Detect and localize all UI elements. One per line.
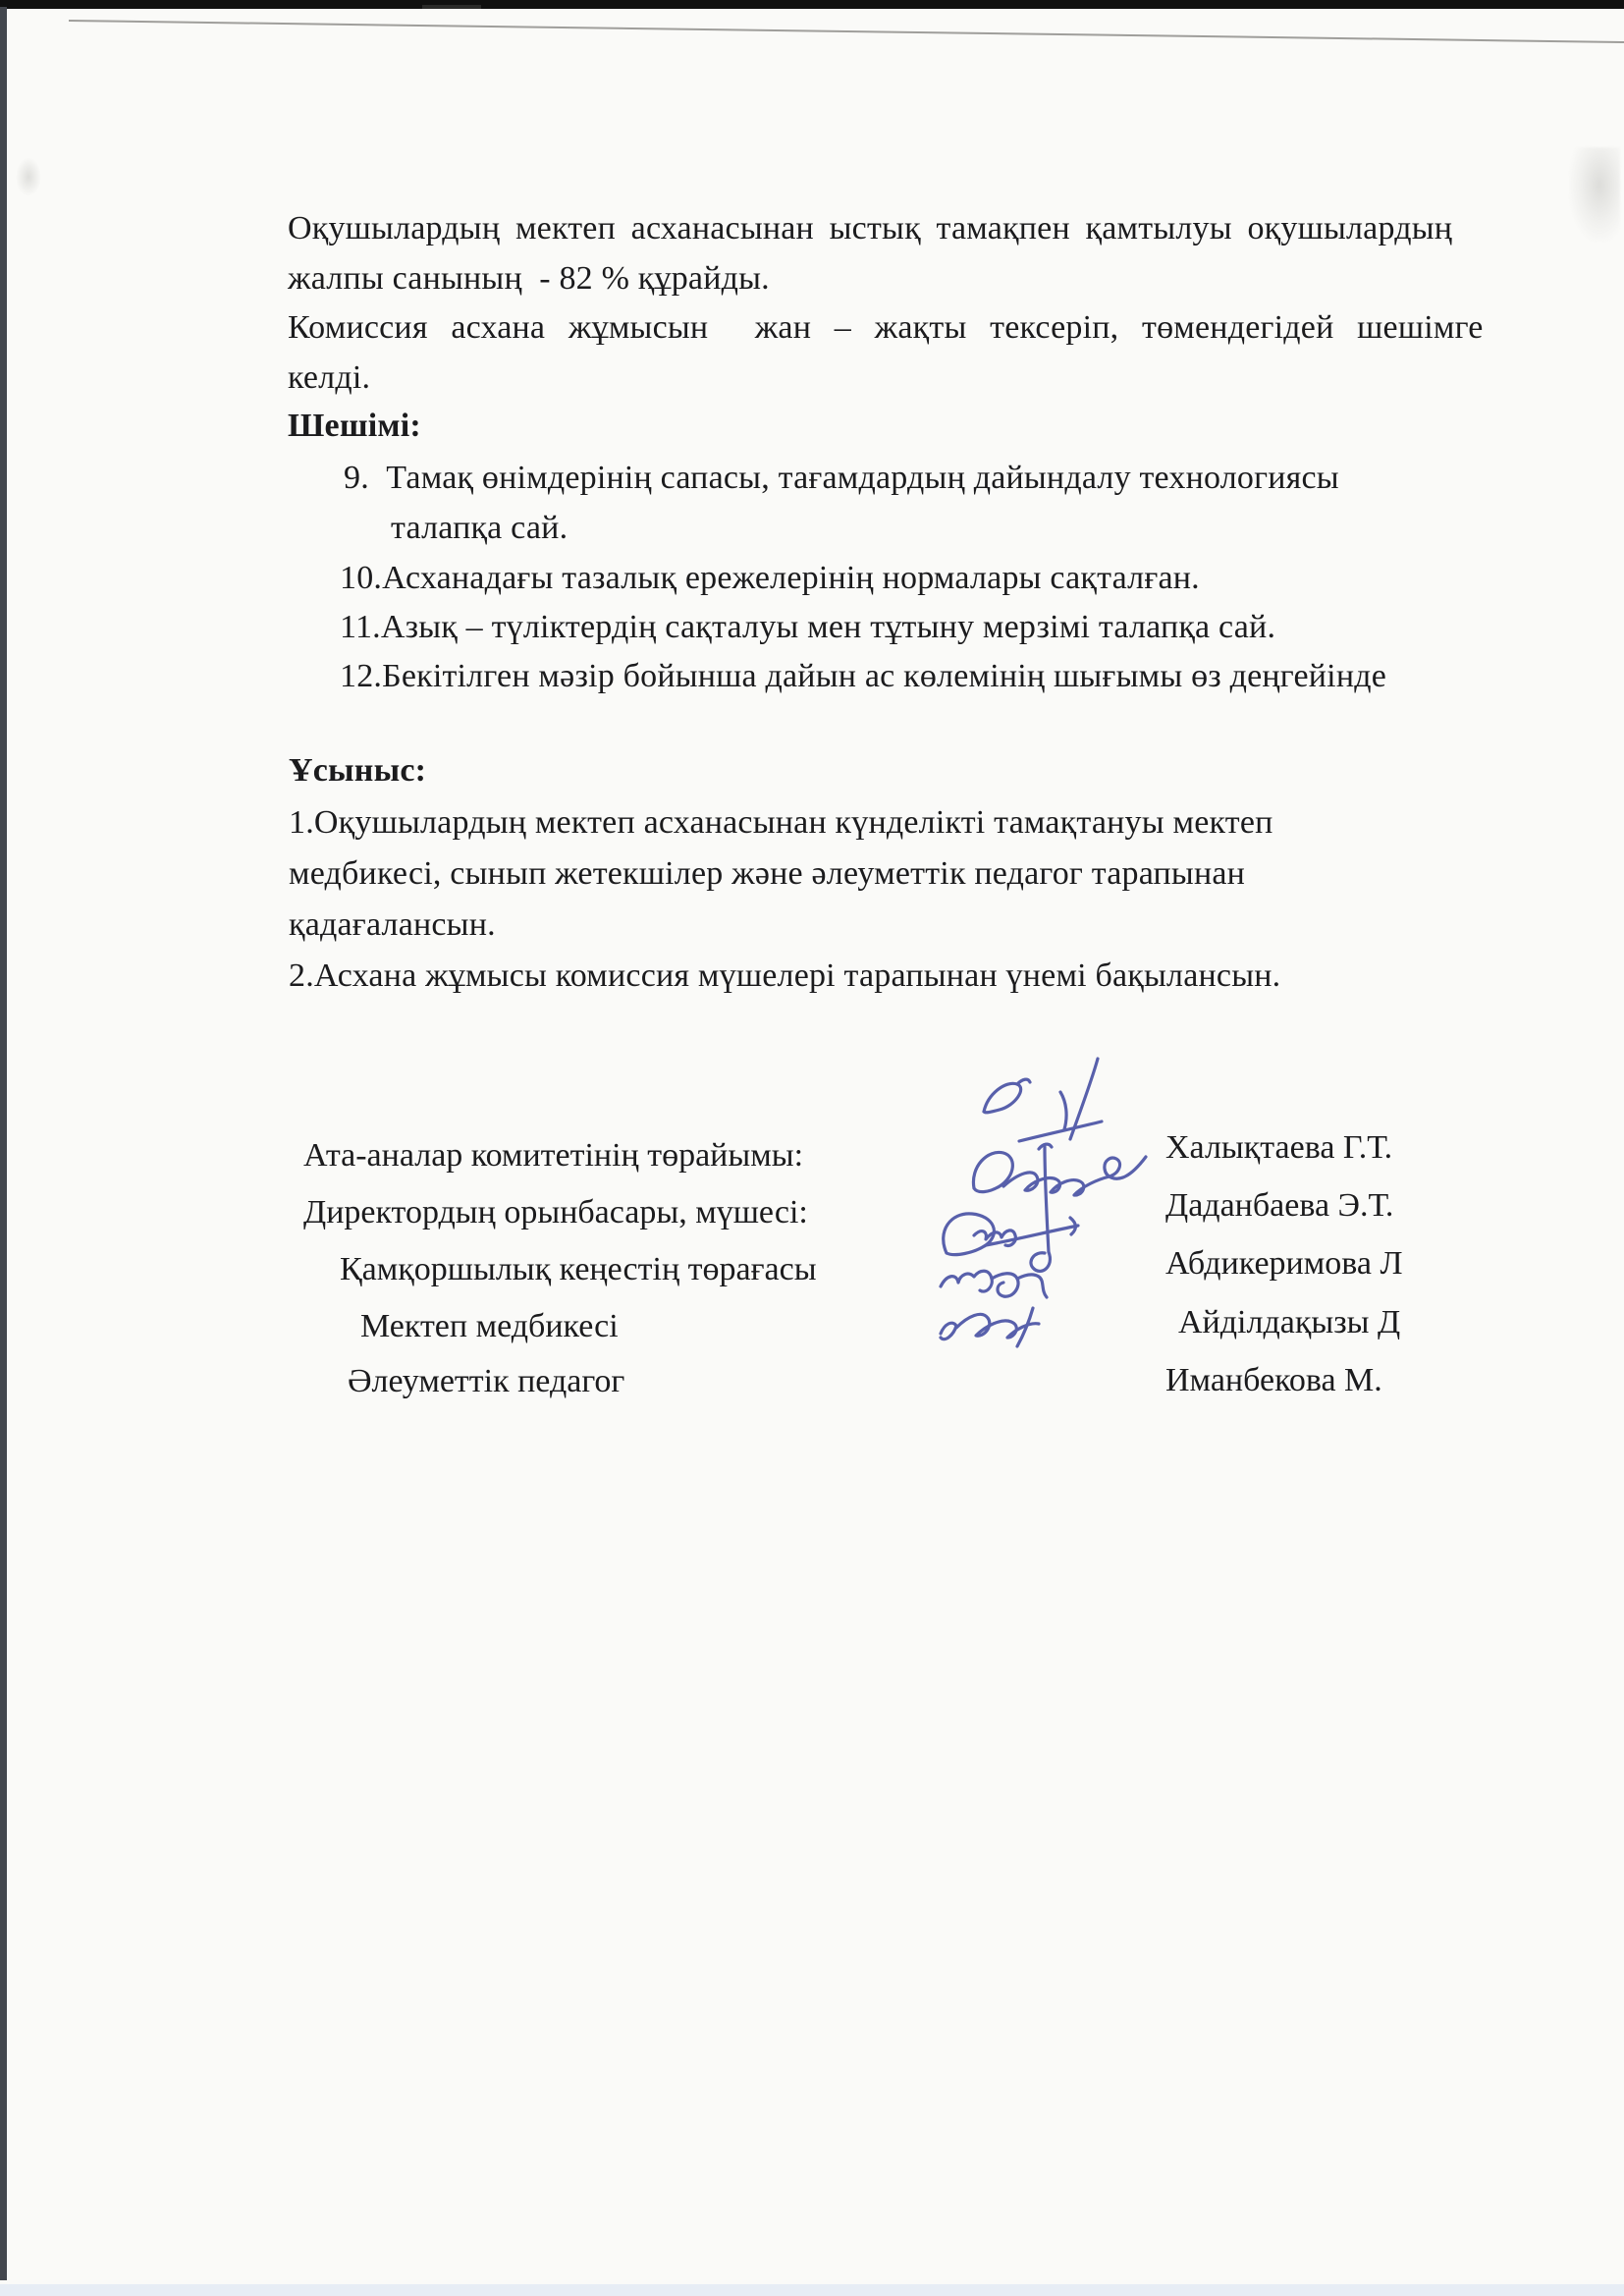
signature-4	[941, 1271, 1047, 1297]
paragraph-line: жалпы санының - 82 % құрайды.	[288, 262, 770, 296]
signer-title: Директордың орынбасары, мүшесі:	[303, 1196, 808, 1230]
scan-smudge	[1569, 147, 1620, 242]
signature-1	[984, 1059, 1102, 1141]
scanned-page: Оқушылардың мектеп асханасынан ыстық там…	[0, 0, 1624, 2296]
signer-name: Халықтаева Г.Т.	[1165, 1131, 1392, 1165]
decision-item-11: 11.Азық – түліктердің сақталуы мен тұтын…	[340, 611, 1275, 644]
paragraph-line: келді.	[288, 361, 370, 395]
recommendation-item-1-cont: медбикесі, сынып жетекшілер және әлеумет…	[289, 857, 1245, 891]
signer-name: Абдикеримова Л	[1165, 1247, 1403, 1281]
signer-title: Мектеп медбикесі	[360, 1310, 619, 1343]
recommendation-item-2: 2.Асхана жұмысы комиссия мүшелері тарапы…	[289, 959, 1280, 993]
signer-name: Даданбаева Э.Т.	[1165, 1189, 1393, 1223]
decision-item-12: 12.Бекітілген мәзір бойынша дайын ас көл…	[340, 660, 1386, 693]
paragraph-line: Оқушылардың мектеп асханасынан ыстық там…	[288, 212, 1452, 246]
recommendation-item-1-cont: қадағалансын.	[289, 908, 496, 942]
signer-name: Айділдақызы Д	[1178, 1306, 1400, 1339]
signer-title: Әлеуметтік педагог	[348, 1365, 624, 1398]
decision-item-9: 9. Тамақ өнімдерінің сапасы, тағамдардың…	[344, 462, 1339, 495]
paragraph-line: Комиссия асхана жұмысын жан – жақты текс…	[288, 311, 1484, 345]
signer-title: Ата-аналар комитетінің төрайымы:	[303, 1139, 803, 1173]
scan-speck	[16, 157, 41, 196]
handwritten-signatures	[923, 1051, 1168, 1365]
signature-3	[944, 1214, 1078, 1272]
signer-title: Қамқоршылық кеңестің төрағасы	[340, 1253, 817, 1286]
decision-item-9-cont: талапқа сай.	[391, 512, 568, 545]
recommendation-heading: Ұсыныс:	[289, 754, 426, 788]
decision-item-10: 10.Асханадағы тазалық ережелерінің норма…	[340, 562, 1200, 595]
decision-heading: Шешімі:	[288, 410, 421, 443]
signature-5	[941, 1308, 1039, 1346]
recommendation-item-1: 1.Оқушылардың мектеп асханасынан күнделі…	[289, 806, 1273, 840]
signer-name: Иманбекова М.	[1165, 1364, 1382, 1397]
